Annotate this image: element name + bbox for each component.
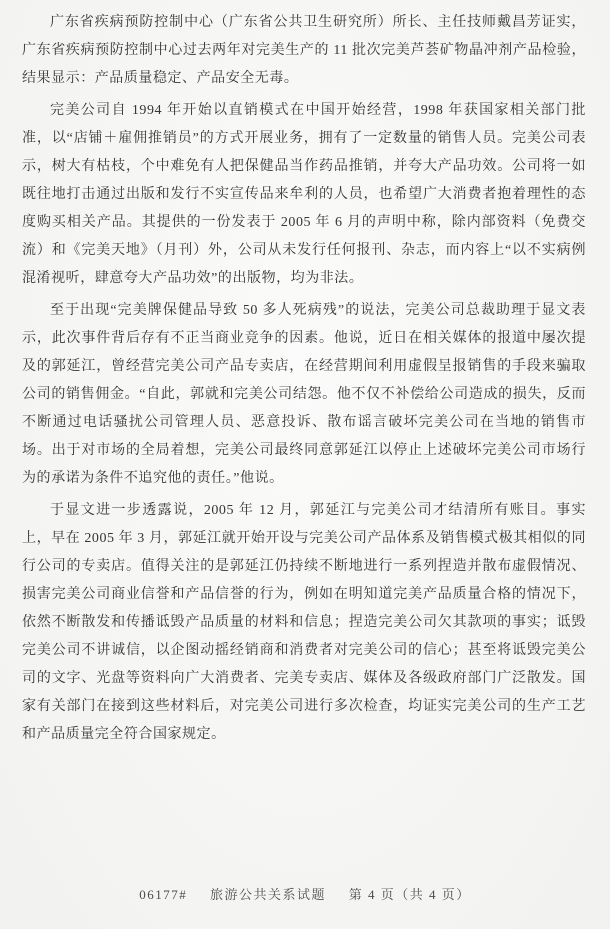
document-body-text: 广东省疾病预防控制中心（广东省公共卫生研究所）所长、主任技师戴昌芳证实，广东省疾… (22, 9, 586, 749)
scanned-exam-page: 广东省疾病预防控制中心（广东省公共卫生研究所）所长、主任技师戴昌芳证实，广东省疾… (0, 0, 610, 929)
paragraph-2: 完美公司自 1994 年开始以直销模式在中国开始经营，1998 年获国家相关部门… (22, 97, 586, 293)
exam-code: 06177# (139, 887, 187, 903)
paragraph-1: 广东省疾病预防控制中心（广东省公共卫生研究所）所长、主任技师戴昌芳证实，广东省疾… (22, 9, 586, 93)
page-indicator: 第 4 页（共 4 页） (349, 884, 471, 903)
page-footer: 06177# 旅游公共关系试题 第 4 页（共 4 页） (0, 884, 610, 903)
exam-title: 旅游公共关系试题 (210, 884, 326, 903)
paragraph-3: 至于出现“完美牌保健品导致 50 多人死病残”的说法，完美公司总裁助理于显文表示… (22, 297, 586, 493)
paragraph-4: 于显文进一步透露说，2005 年 12 月，郭延江与完美公司才结清所有账目。事实… (22, 497, 586, 749)
